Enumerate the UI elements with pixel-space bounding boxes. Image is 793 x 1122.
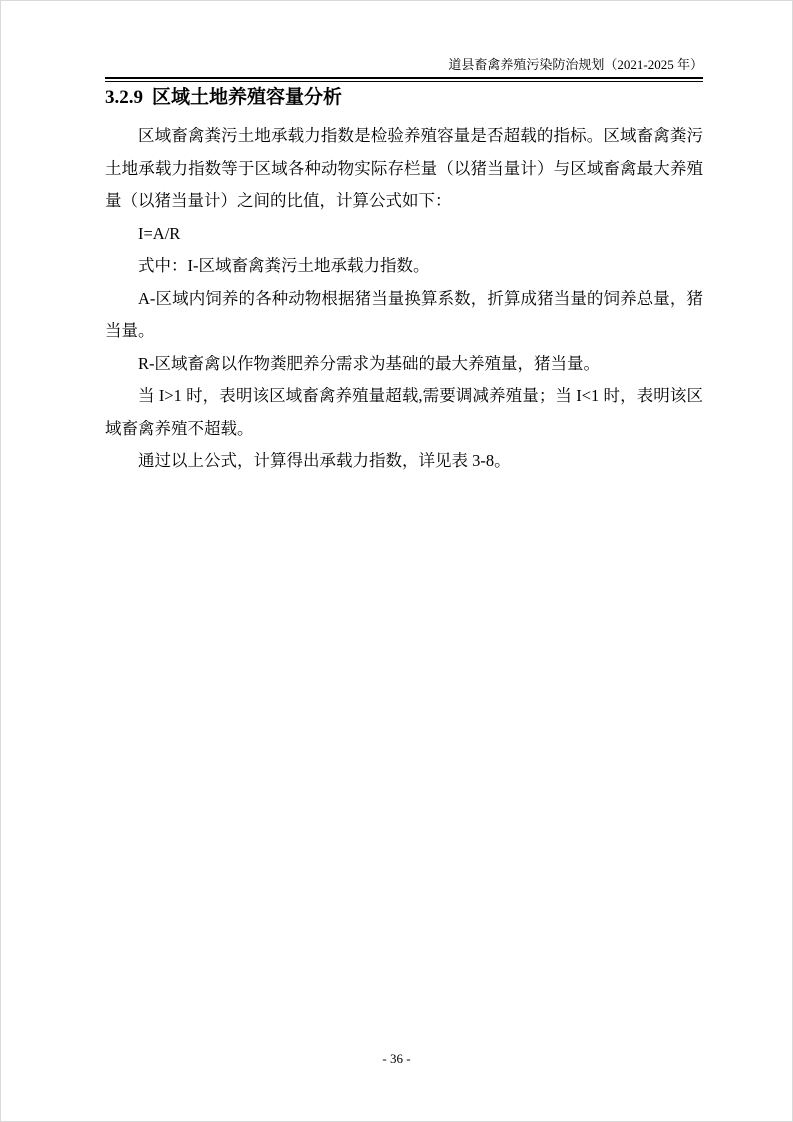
section-title: 区域土地养殖容量分析	[152, 87, 342, 108]
paragraph-variable-r: R-区域畜禽以作物粪肥养分需求为基础的最大养殖量，猪当量。	[105, 348, 703, 381]
section-number: 3.2.9	[105, 87, 143, 108]
section-heading: 3.2.9区域土地养殖容量分析	[105, 85, 703, 111]
document-page: 道县畜禽养殖污染防治规划（2021-2025 年） 3.2.9区域土地养殖容量分…	[0, 0, 793, 1122]
paragraph-formula: I=A/R	[105, 218, 703, 251]
page-header: 道县畜禽养殖污染防治规划（2021-2025 年）	[105, 57, 703, 82]
paragraph-interpretation: 当 I>1 时，表明该区域畜禽养殖量超载,需要调减养殖量；当 I<1 时，表明该…	[105, 380, 703, 445]
document-content: 3.2.9区域土地养殖容量分析 区域畜禽粪污土地承载力指数是检验养殖容量是否超载…	[105, 85, 703, 478]
rule-thick-line	[105, 77, 703, 79]
page-number: - 36 -	[382, 1051, 410, 1066]
header-double-rule	[105, 77, 703, 82]
rule-thin-line	[105, 81, 703, 82]
header-title: 道县畜禽养殖污染防治规划（2021-2025 年）	[105, 57, 703, 77]
paragraph-variable-i: 式中：I-区域畜禽粪污土地承载力指数。	[105, 250, 703, 283]
paragraph-variable-a: A-区域内饲养的各种动物根据猪当量换算系数，折算成猪当量的饲养总量，猪当量。	[105, 283, 703, 348]
paragraph-intro: 区域畜禽粪污土地承载力指数是检验养殖容量是否超载的指标。区域畜禽粪污土地承载力指…	[105, 120, 703, 218]
page-footer: - 36 -	[1, 1051, 792, 1067]
paragraph-conclusion: 通过以上公式，计算得出承载力指数，详见表 3-8。	[105, 445, 703, 478]
